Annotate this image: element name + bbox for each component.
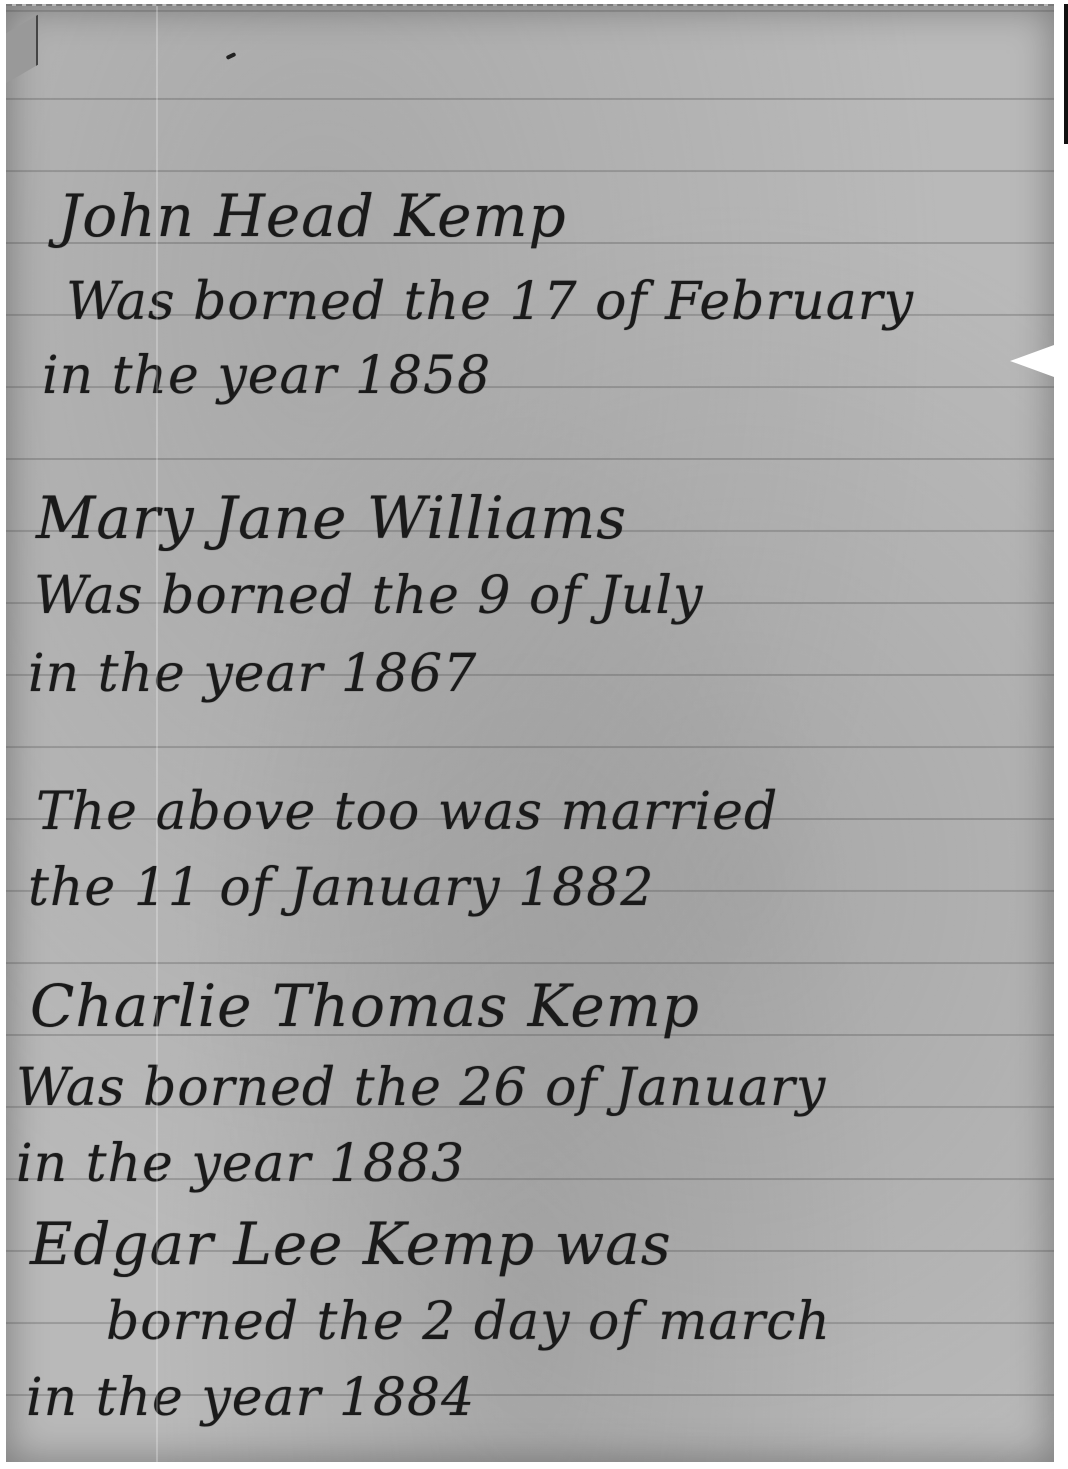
entry-name: Edgar Lee Kemp was [30,1210,672,1278]
entry-name: Mary Jane Williams [36,484,627,552]
entry-year-line: in the year 1884 [26,1368,475,1428]
entry-name: John Head Kemp [58,182,567,250]
entry-name: Charlie Thomas Kemp [30,972,700,1040]
scanned-paper: John Head Kemp Was borned the 17 of Febr… [6,4,1054,1462]
entry-birth-line: Was borned the 9 of July [34,566,703,626]
entry-year-line: in the year 1867 [28,644,477,704]
entry-year-line: in the year 1858 [42,346,491,406]
record-entries: John Head Kemp Was borned the 17 of Febr… [6,6,1054,1462]
entry-birth-line: Was borned the 26 of January [16,1058,826,1118]
entry-birth-line: borned the 2 day of march [106,1292,831,1352]
marriage-date-line: the 11 of January 1882 [28,858,654,918]
entry-year-line: in the year 1883 [16,1134,465,1194]
entry-birth-line: Was borned the 17 of February [66,272,914,332]
paper-tear [1010,345,1054,377]
scan-edge [1064,4,1068,144]
marriage-line: The above too was married [36,782,778,842]
